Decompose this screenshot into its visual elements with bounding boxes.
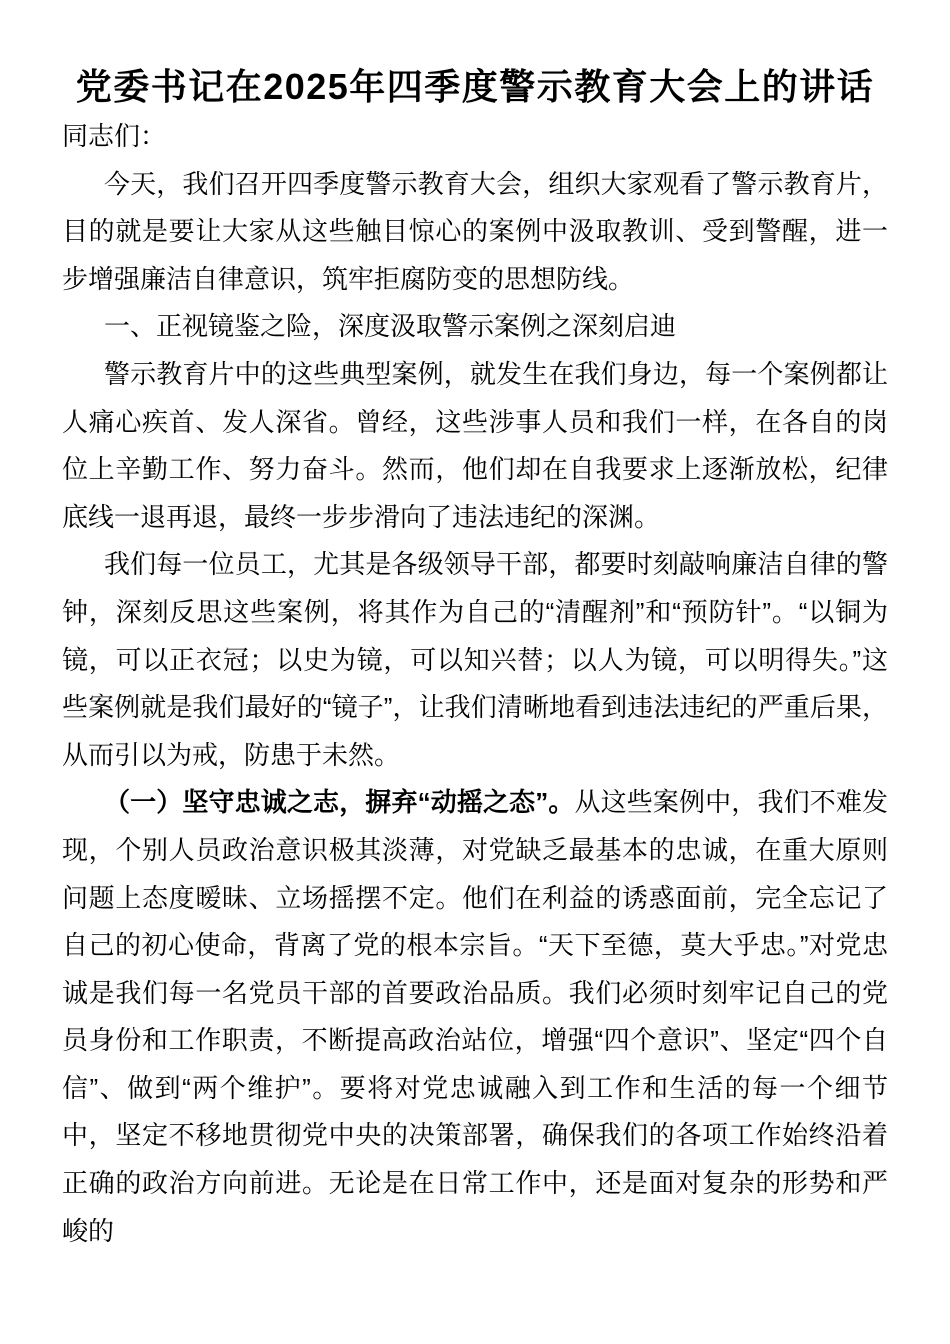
section-heading-1: 一、正视镜鉴之险，深度汲取警示案例之深刻启迪	[62, 303, 888, 351]
document-page: { "page": { "background_color": "#ffffff…	[0, 0, 950, 1344]
subsection-1-paragraph: （一）坚守忠诚之志，摒弃“动摇之态”。从这些案例中，我们不难发现，个别人员政治意…	[62, 779, 888, 1255]
opening-paragraph: 今天，我们召开四季度警示教育大会，组织大家观看了警示教育片，目的就是要让大家从这…	[62, 161, 888, 304]
salutation: 同志们：	[62, 113, 888, 161]
document-title: 党委书记在2025年四季度警示教育大会上的讲话	[62, 60, 888, 113]
section-1-paragraph-2: 我们每一位员工，尤其是各级领导干部，都要时刻敲响廉洁自律的警钟，深刻反思这些案例…	[62, 541, 888, 779]
section-1-paragraph-1: 警示教育片中的这些典型案例，就发生在我们身边，每一个案例都让人痛心疾首、发人深省…	[62, 351, 888, 541]
document-body: 党委书记在2025年四季度警示教育大会上的讲话 同志们： 今天，我们召开四季度警…	[0, 0, 950, 1344]
subsection-1-heading: （一）坚守忠诚之志，摒弃“动摇之态”。	[104, 787, 575, 817]
subsection-1-body-text: 从这些案例中，我们不难发现，个别人员政治意识极其淡薄，对党缺乏最基本的忠诚，在重…	[62, 787, 888, 1245]
